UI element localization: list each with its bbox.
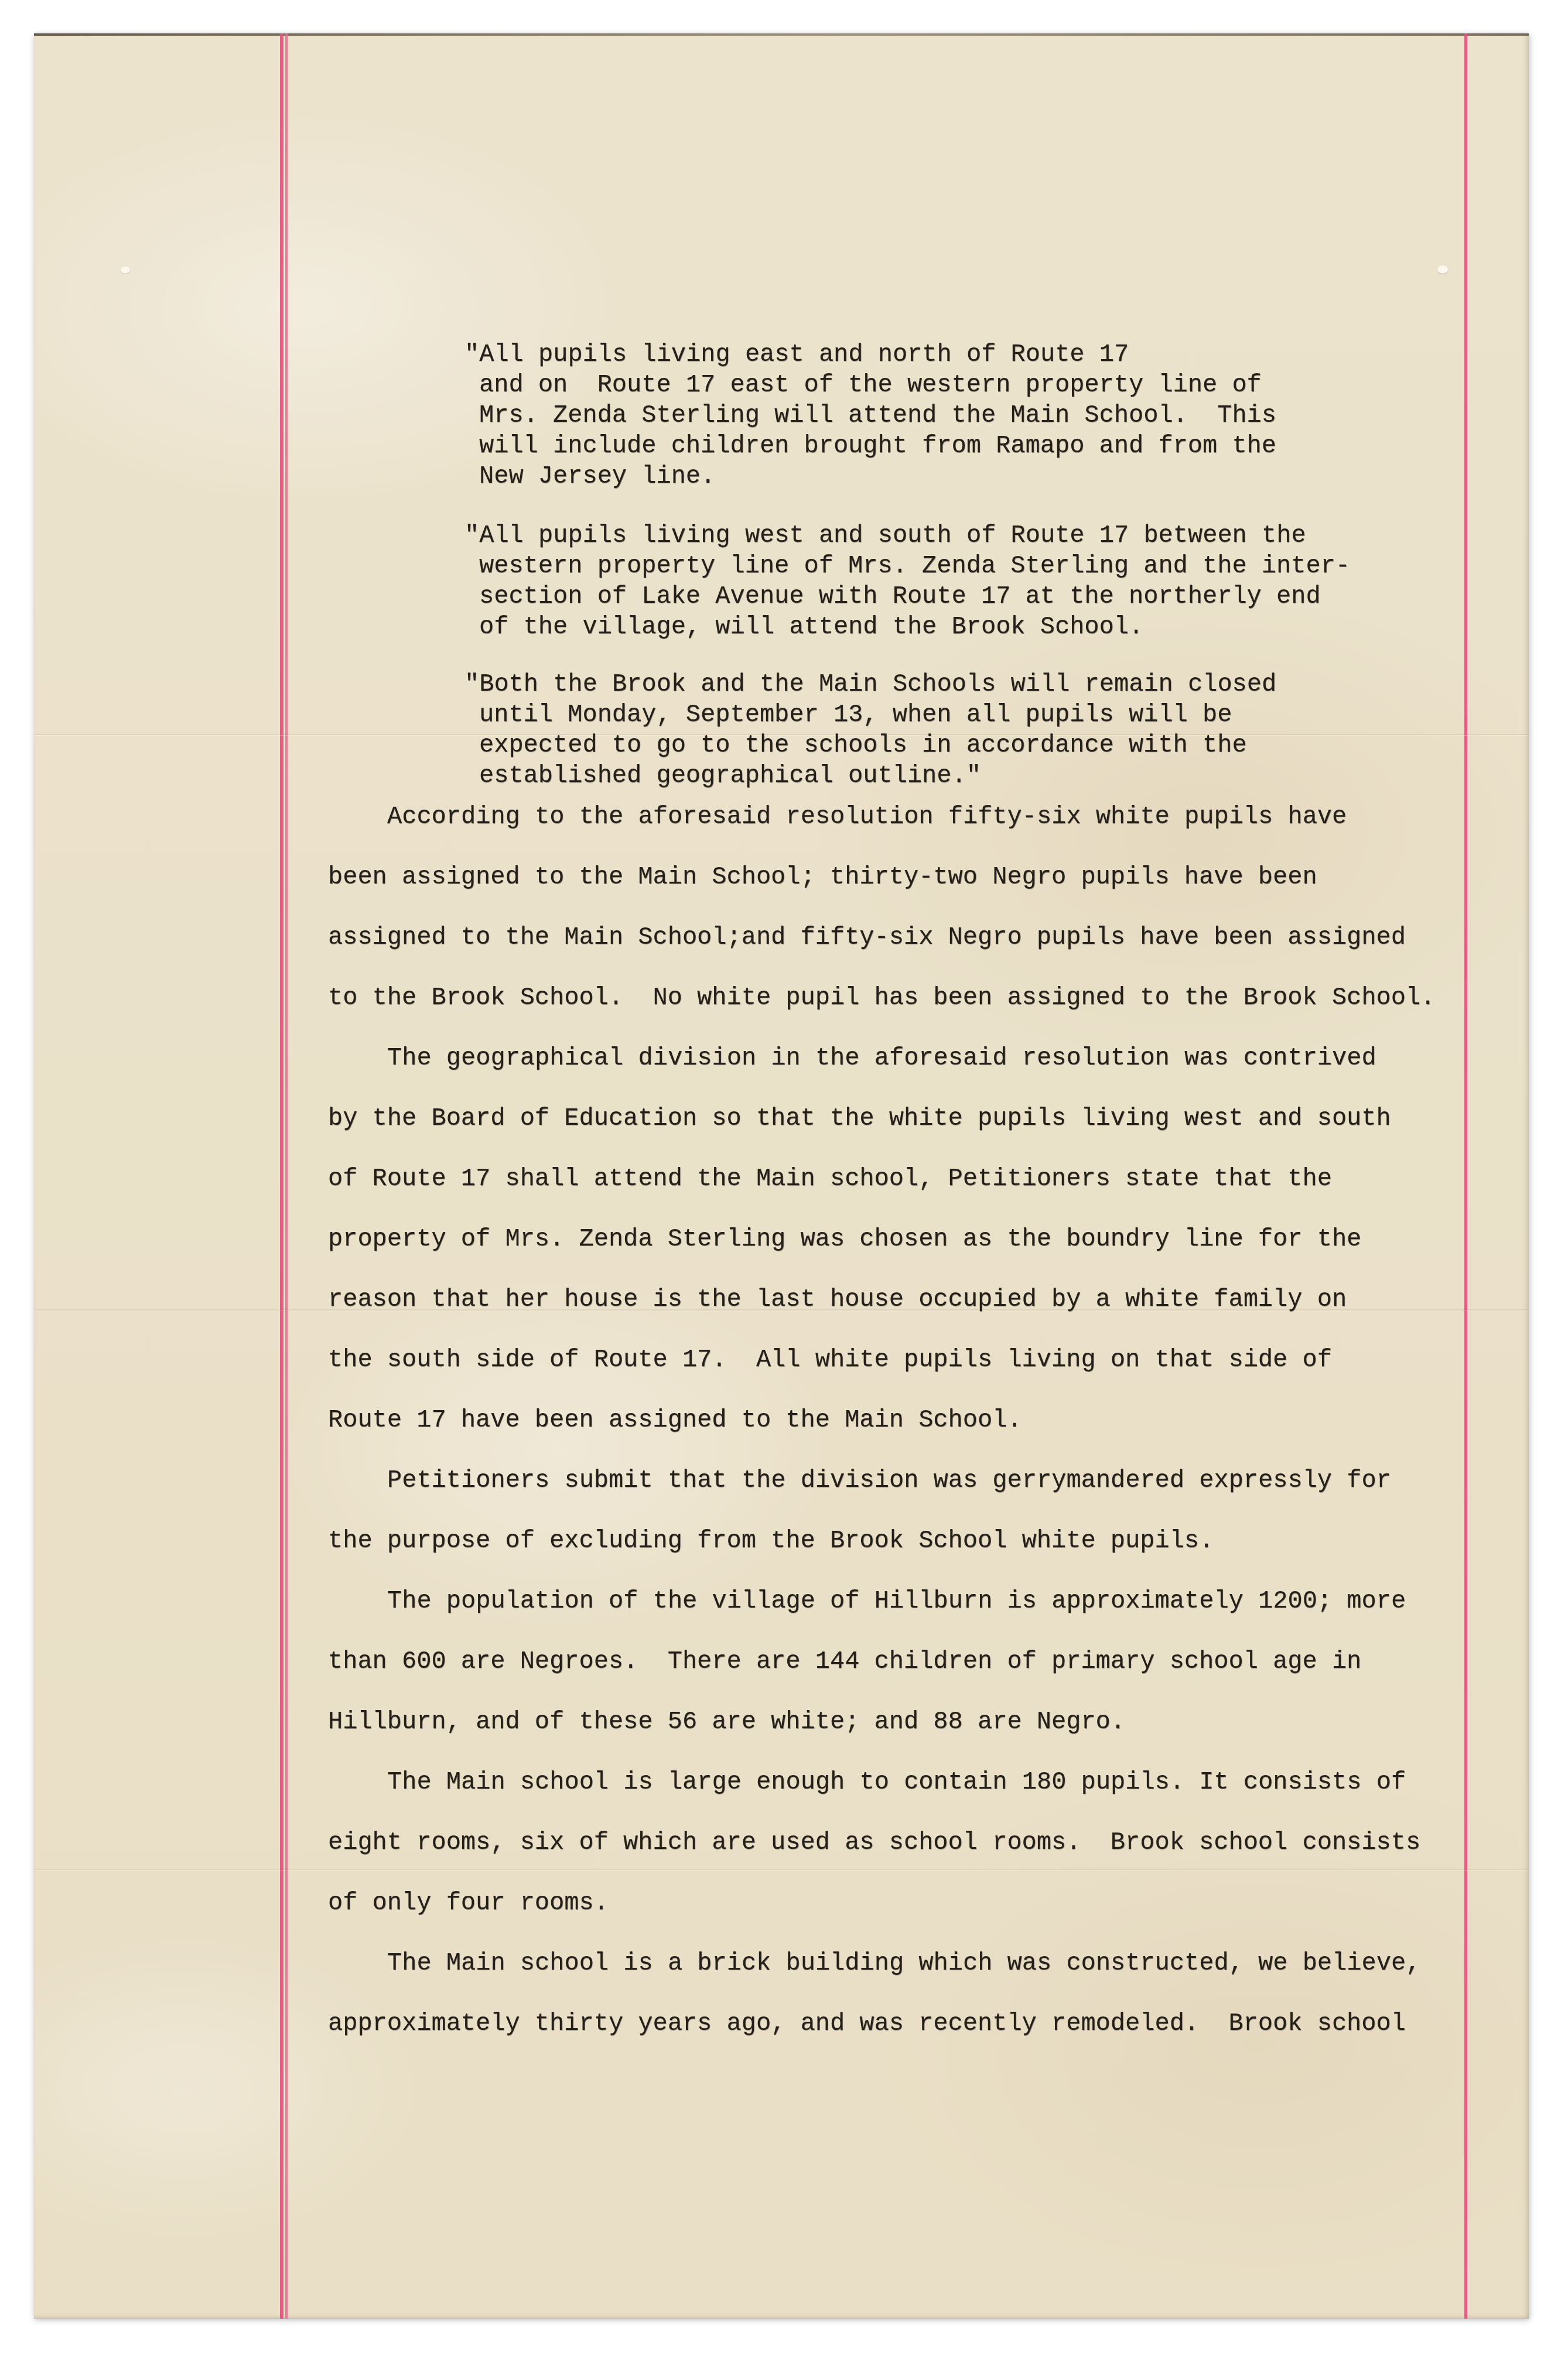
paragraph-assignments: According to the aforesaid resolution fi… [328,787,1476,1028]
text-line: section of Lake Avenue with Route 17 at … [479,581,1428,612]
body-text: According to the aforesaid resolution fi… [328,787,1476,2054]
text-line: The population of the village of Hillbur… [328,1571,1476,1632]
text-line: and on Route 17 east of the western prop… [479,370,1428,400]
text-line: reason that her house is the last house … [328,1270,1476,1330]
text-line: the purpose of excluding from the Brook … [328,1511,1476,1571]
text-line: by the Board of Education so that the wh… [328,1088,1476,1149]
text-line: expected to go to the schools in accorda… [479,730,1428,760]
text-line: New Jersey line. [479,461,1428,492]
text-line: Route 17 have been assigned to the Main … [328,1390,1476,1451]
paper-speck [1437,265,1448,274]
left-margin-rule-inner [285,33,288,2319]
text-line: The geographical division in the aforesa… [328,1028,1476,1088]
paragraph-gerrymander-claim: Petitioners submit that the division was… [328,1451,1476,1571]
blockquote-main-school-rule: "All pupils living east and north of Rou… [479,339,1428,492]
text-line: property of Mrs. Zenda Sterling was chos… [328,1209,1476,1270]
blockquote-schools-closed: "Both the Brook and the Main Schools wil… [479,669,1428,791]
text-line: Mrs. Zenda Sterling will attend the Main… [479,400,1428,431]
left-margin-rule-outer [280,33,283,2319]
text-line: been assigned to the Main School; thirty… [328,847,1476,907]
text-line: the south side of Route 17. All white pu… [328,1330,1476,1390]
text-line: The Main school is a brick building whic… [328,1933,1476,1994]
text-line: According to the aforesaid resolution fi… [328,787,1476,847]
text-line: "All pupils living west and south of Rou… [479,520,1428,551]
text-line: to the Brook School. No white pupil has … [328,968,1476,1028]
text-line: "Both the Brook and the Main Schools wil… [479,669,1428,699]
text-line: will include children brought from Ramap… [479,431,1428,461]
paragraph-school-buildings: The Main school is a brick building whic… [328,1933,1476,2054]
text-line: than 600 are Negroes. There are 144 chil… [328,1632,1476,1692]
text-line: of only four rooms. [328,1873,1476,1933]
scan-background: "All pupils living east and north of Rou… [0,0,1568,2358]
text-line: approximately thirty years ago, and was … [328,1994,1476,2054]
paragraph-geographical-division: The geographical division in the aforesa… [328,1028,1476,1451]
text-line: Hillburn, and of these 56 are white; and… [328,1692,1476,1752]
paragraph-school-capacity: The Main school is large enough to conta… [328,1752,1476,1933]
text-line: "All pupils living east and north of Rou… [479,339,1428,370]
text-line: of the village, will attend the Brook Sc… [479,612,1428,642]
text-line: western property line of Mrs. Zenda Ster… [479,551,1428,581]
blockquote-brook-school-rule: "All pupils living west and south of Rou… [479,520,1428,642]
document-page: "All pupils living east and north of Rou… [34,33,1529,2319]
paper-speck [121,267,130,274]
text-line: of Route 17 shall attend the Main school… [328,1149,1476,1209]
text-line: Petitioners submit that the division was… [328,1451,1476,1511]
text-line: The Main school is large enough to conta… [328,1752,1476,1813]
text-line: assigned to the Main School;and fifty-si… [328,907,1476,968]
paragraph-population: The population of the village of Hillbur… [328,1571,1476,1752]
text-line: eight rooms, six of which are used as sc… [328,1813,1476,1873]
text-line: until Monday, September 13, when all pup… [479,699,1428,730]
